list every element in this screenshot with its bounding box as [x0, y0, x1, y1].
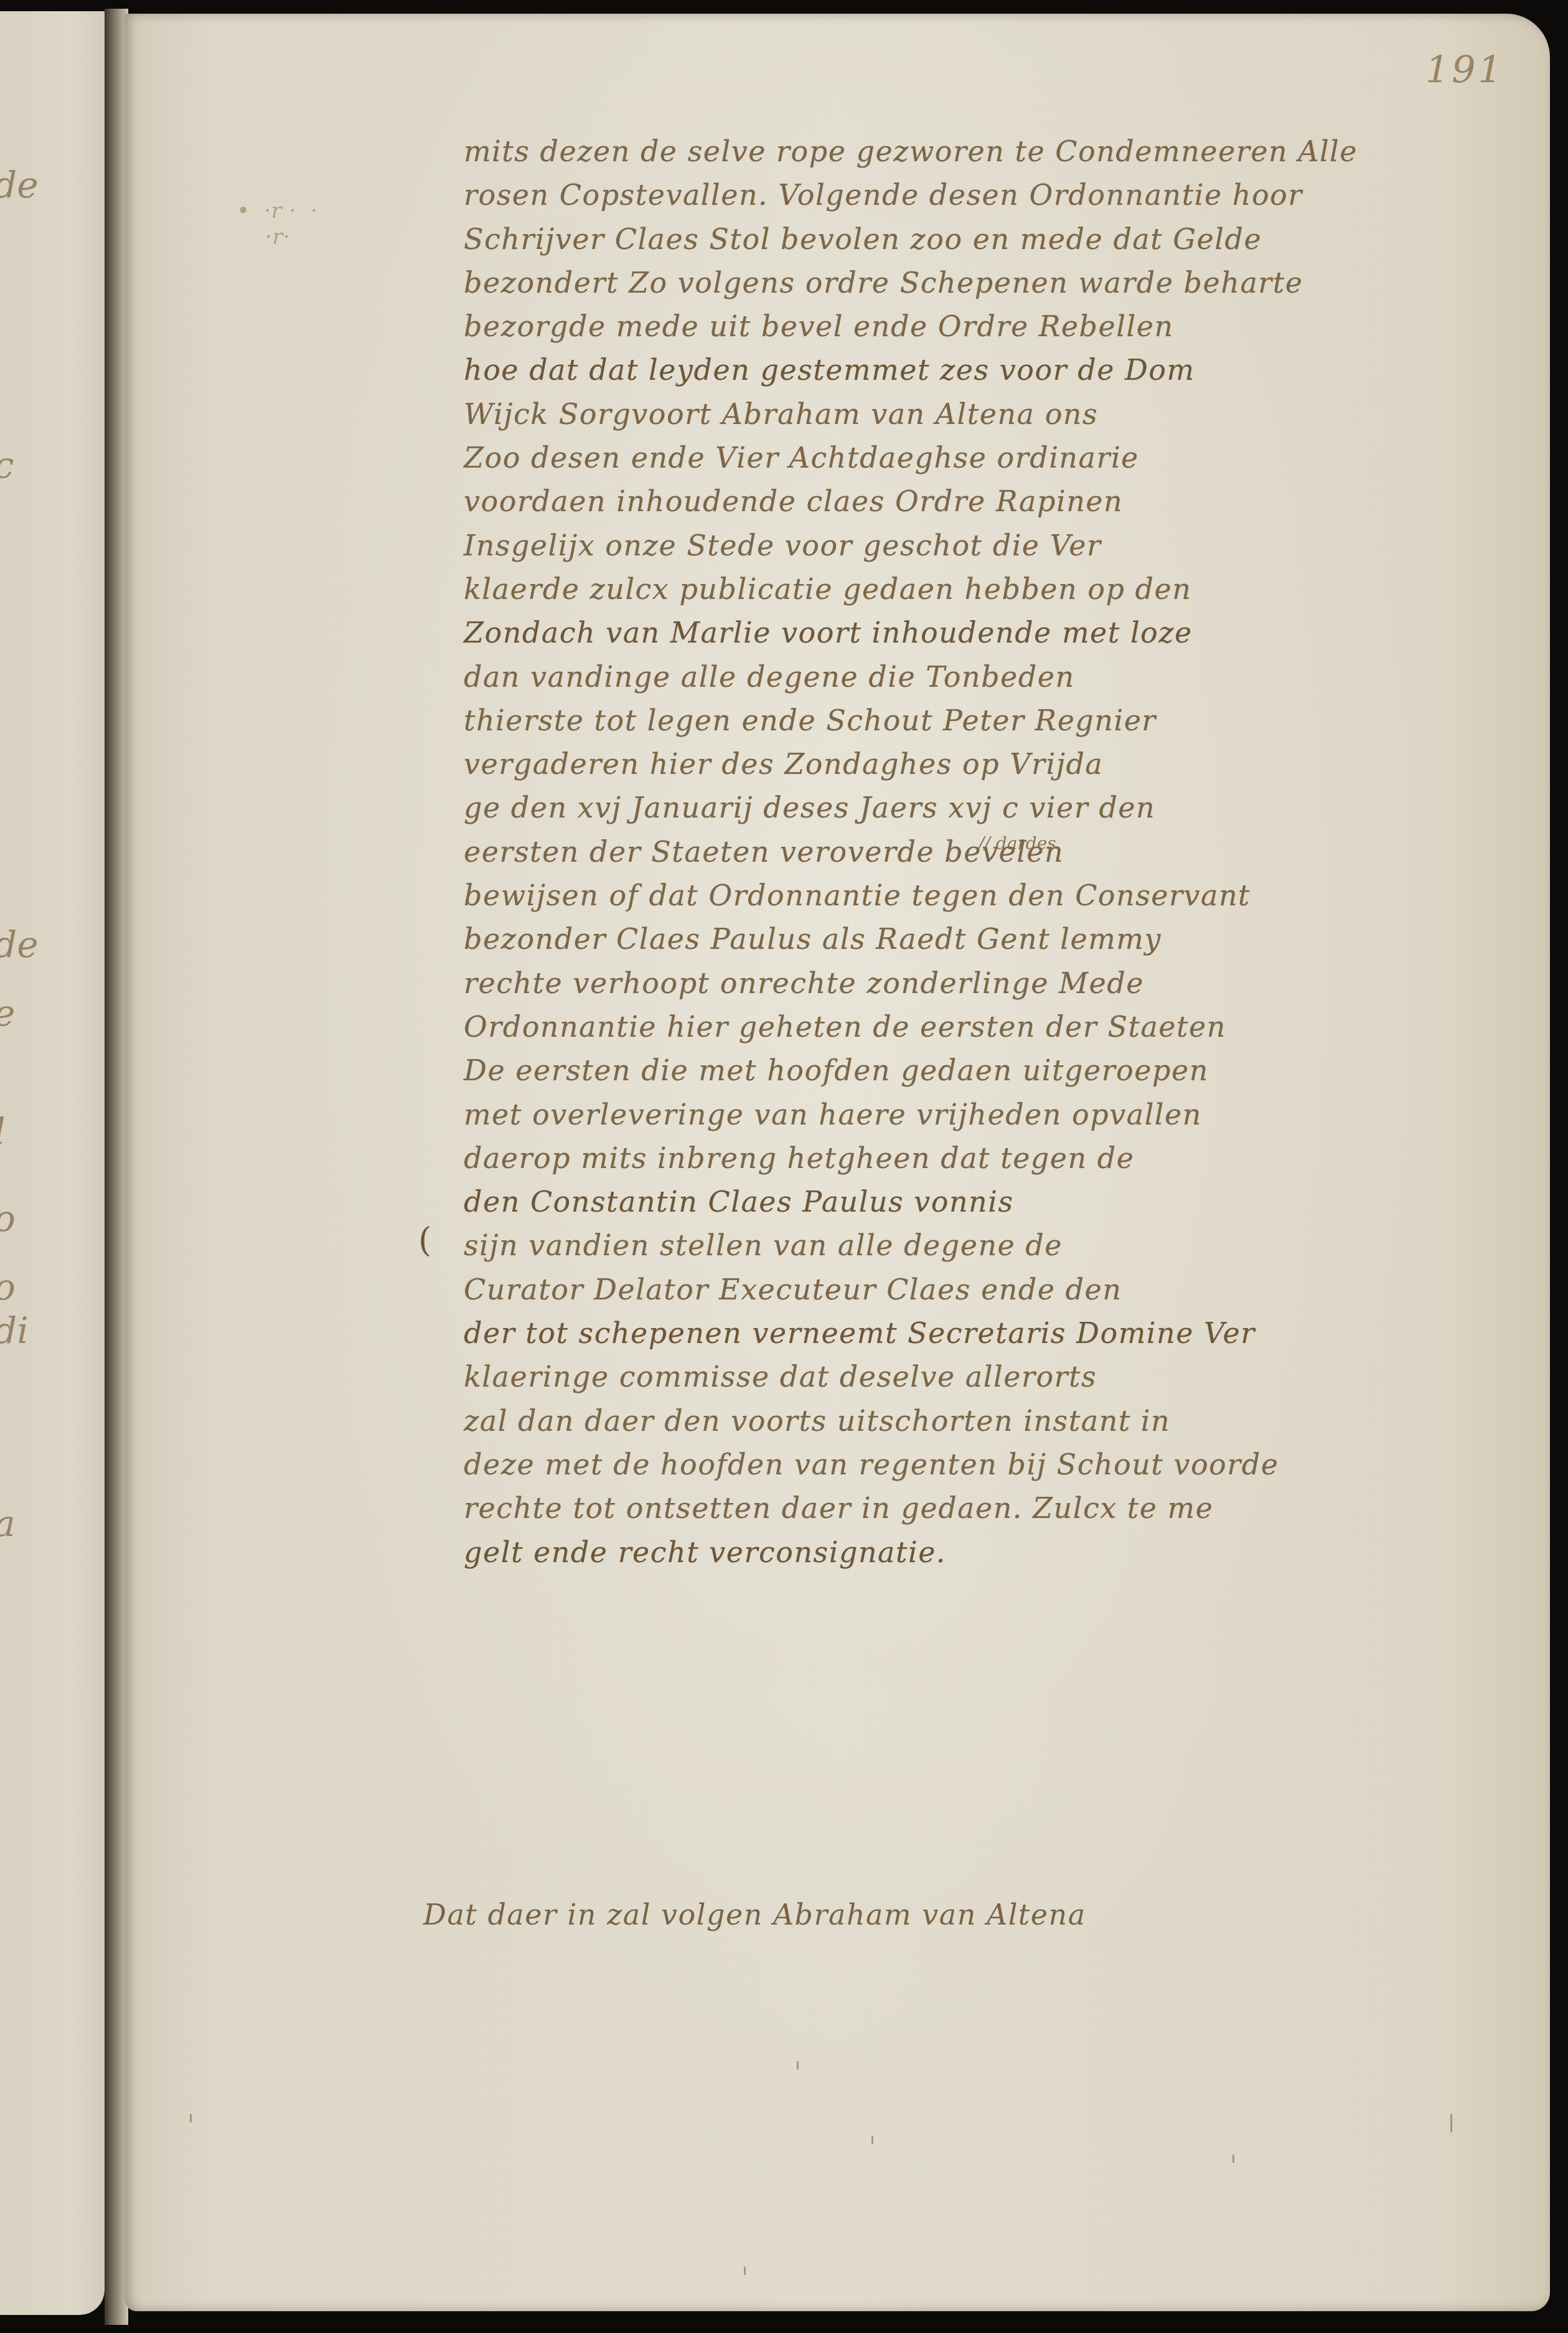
left-page-fragment: de	[0, 926, 38, 963]
left-page-fragment: de	[0, 167, 38, 203]
left-page-fragment: di	[0, 1313, 29, 1349]
manuscript-line: Schrijver Claes Stol bevolen zoo en mede…	[464, 217, 1534, 261]
manuscript-line: Wijck Sorgvoort Abraham van Altena ons	[464, 392, 1534, 436]
manuscript-line: hoe dat dat leyden gestemmet zes voor de…	[464, 348, 1534, 392]
manuscript-closing-line: Dat daer in zal volgen Abraham van Alten…	[423, 1893, 1531, 1936]
left-page-fragment: l	[0, 1113, 6, 1149]
manuscript-body: mits dezen de selve rope gezworen te Con…	[464, 130, 1534, 1574]
manuscript-line: der tot schepenen verneemt Secretaris Do…	[464, 1311, 1534, 1355]
folio-number: 191	[1425, 49, 1505, 92]
manuscript-line: deze met de hoofden van regenten bij Sch…	[464, 1443, 1534, 1486]
manuscript-line: rechte tot ontsetten daer in gedaen. Zul…	[464, 1486, 1534, 1530]
manuscript-line: voordaen inhoudende claes Ordre Rapinen	[464, 479, 1534, 523]
manuscript-line: rosen Copstevallen. Volgende desen Ordon…	[464, 173, 1534, 217]
manuscript-line: vergaderen hier des Zondaghes op Vrijda	[464, 742, 1534, 786]
manuscript-line: rechte verhoopt onrechte zonderlinge Med…	[464, 961, 1534, 1005]
margin-note: • ·r · · ·r·	[237, 198, 317, 250]
manuscript-line: ge den xvj Januarij deses Jaers xvj c vi…	[464, 786, 1534, 829]
manuscript-line: gelt ende recht verconsignatie.	[464, 1530, 1534, 1574]
manuscript-line: daerop mits inbreng hetgheen dat tegen d…	[464, 1136, 1534, 1180]
manuscript-line: bezondert Zo volgens ordre Schepenen war…	[464, 261, 1534, 304]
manuscript-line: Insgelijx onze Stede voor geschot die Ve…	[464, 524, 1534, 567]
manuscript-line: Zondach van Marlie voort inhoudende met …	[464, 611, 1534, 654]
left-page-fragment: c	[0, 447, 14, 483]
manuscript-line: bezonder Claes Paulus als Raedt Gent lem…	[464, 917, 1534, 961]
manuscript-line: eersten der Staeten veroverde bevelen	[464, 830, 1534, 874]
manuscript-line: thierste tot legen ende Schout Peter Reg…	[464, 699, 1534, 742]
manuscript-line: dan vandinge alle degene die Tonbeden	[464, 655, 1534, 699]
manuscript-line: den Constantin Claes Paulus vonnis	[464, 1180, 1534, 1223]
bracket-mark: (	[418, 1220, 431, 1260]
manuscript-line: klaerde zulcx publicatie gedaen hebben o…	[464, 567, 1534, 611]
manuscript-line: Curator Delator Executeur Claes ende den	[464, 1268, 1534, 1311]
left-page-fragment: o	[0, 1269, 16, 1305]
manuscript-line: met overleveringe van haere vrijheden op…	[464, 1093, 1534, 1136]
manuscript-line: zal dan daer den voorts uitschorten inst…	[464, 1399, 1534, 1443]
left-page-fragment: a	[0, 1506, 16, 1542]
manuscript-line: Zoo desen ende Vier Achtdaeghse ordinari…	[464, 436, 1534, 479]
manuscript-line: mits dezen de selve rope gezworen te Con…	[464, 130, 1534, 173]
left-page-verso: de c de e l o o di a	[0, 11, 105, 2315]
manuscript-line: Ordonnantie hier geheten de eersten der …	[464, 1005, 1534, 1049]
left-page-fragment: e	[0, 995, 15, 1031]
manuscript-line: bezorgde mede uit bevel ende Ordre Rebel…	[464, 304, 1534, 348]
manuscript-line: sijn vandien stellen van alle degene de	[464, 1223, 1534, 1267]
left-page-fragment: o	[0, 1200, 16, 1237]
manuscript-line: bewijsen of dat Ordonnantie tegen den Co…	[464, 874, 1534, 917]
manuscript-line: klaeringe commisse dat deselve allerorts	[464, 1355, 1534, 1398]
manuscript-line: De eersten die met hoofden gedaen uitger…	[464, 1049, 1534, 1092]
